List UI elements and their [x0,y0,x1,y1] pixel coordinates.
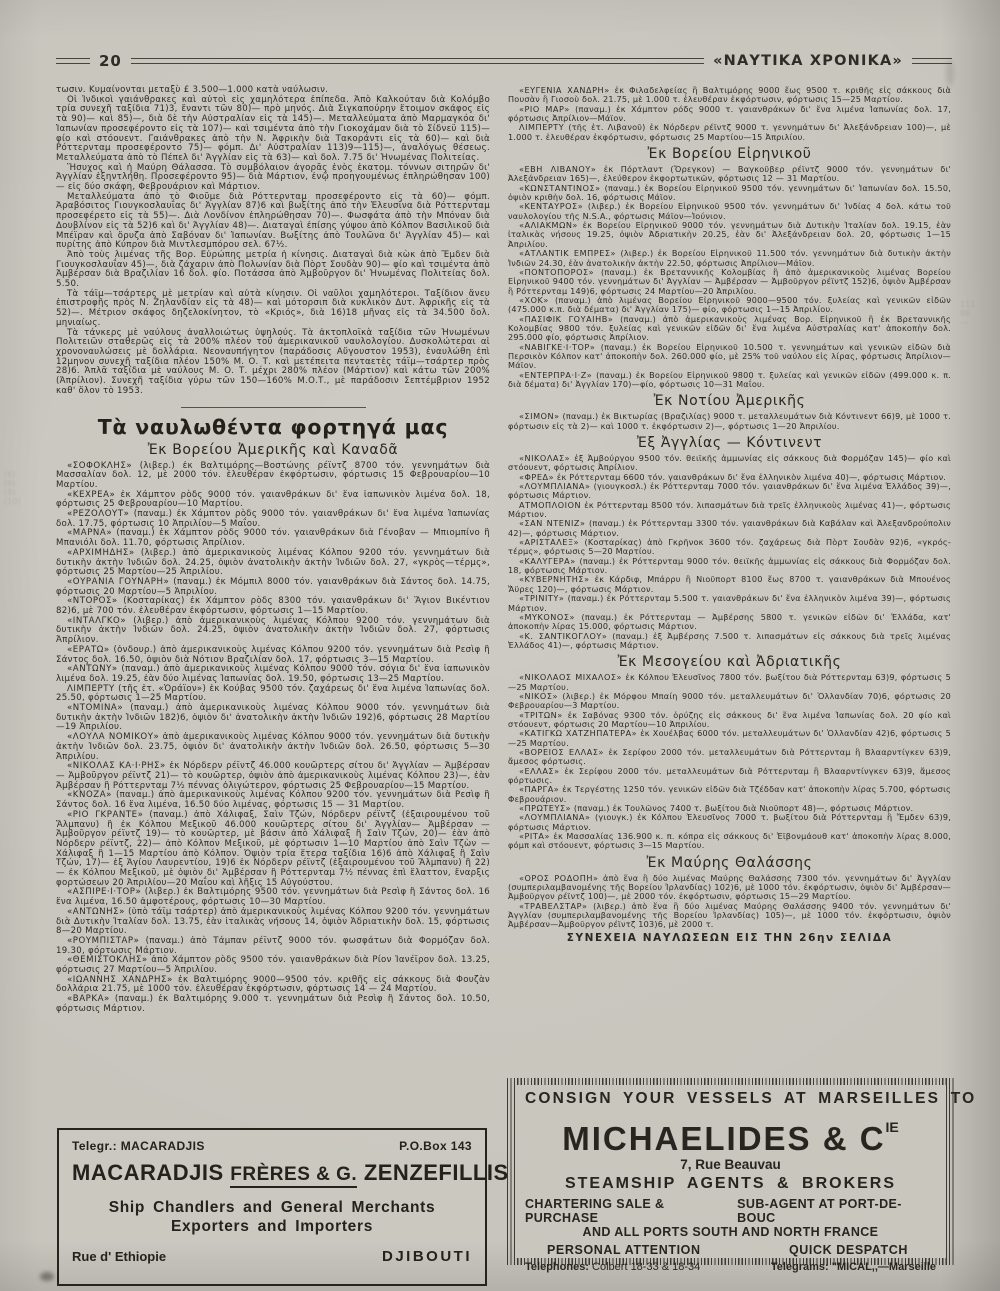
charter-entry: «ΚΕΝΤΑΥΡΟΣ» (λιβερ.) ἐκ Βορείου Εἰρηνικο… [508,202,951,221]
charter-entries-black-sea: «ΟΡΟΣ ΡΟΔΟΠΗ» ἀπὸ ἕνα ἢ δύο λιμένας Μαύρ… [508,874,951,930]
charter-entry: «Κ. ΣΑΝΤΙΚΟΓΛΟΥ» (παναμ.) ἐξ Ἀμβέρσης 7.… [508,632,951,651]
macaradjis-name-part1: MACARADJIS [72,1160,230,1185]
michaelides-telephones-value: Colbert 18-33 & 18-34 [592,1261,700,1273]
charter-entry: «ΤΡΙΝΙΤΥ» (παναμ.) ἐκ Ρόττερνταμ 5.500 τ… [508,594,951,613]
michaelides-telegrams-label: Telegrams: [771,1261,829,1273]
ship-name: «ΝΙΚΟΛΑΣ» [519,453,570,463]
ship-name: «ΒΑΡΚΑ» [67,994,110,1004]
charter-entry: «ΚΝΟΖΑ» (παναμ.) ἀπὸ ἀμερικανικοὺς λιμέν… [56,791,490,810]
charter-entries-north-america: «ΣΟΦΟΚΛΗΣ» (λιβερ.) ἐκ Βαλτιμόρης—Βοστών… [56,462,490,1015]
ship-name: «ΣΑΝ ΝΤΕΝΙΖ» [519,518,586,528]
michaelides-telegrams-value: "MICAL,,—Marseille [832,1261,936,1273]
macaradjis-name-part3: ZENZEFILLIS [357,1160,508,1185]
michaelides-telegrams: Telegrams: "MICAL,,—Marseille [771,1261,936,1273]
ship-name: «ΑΝΤΩΝΗΣ» [67,907,125,917]
ship-name: «ΕΛΛΑΣ» [519,766,560,776]
ship-name: «ΛΟΥΛΑ ΝΟΜΙΚΟΥ» [67,732,159,742]
ship-name: «ΤΡΙΝΙΤΥ» [519,593,564,603]
subsection-north-pacific: Ἐκ Βορείου Εἰρηνικοῦ [508,146,951,163]
charter-entry: «ΧΟΚ» (παναμ.) ἀπὸ λιμένας Βορείου Εἰρην… [508,296,951,315]
subsection-england-continent: Ἐξ Ἀγγλίας — Κόντινεντ [508,435,951,452]
charter-entry: «ΕΒΗ ΛΙΒΑΝΟΥ» ἐκ Πόρτλαντ (Ὄρεγκον) — Βα… [508,165,951,184]
ship-name: «ΜΥΚΟΝΟΣ» [519,612,575,622]
michaelides-tagline: CONSIGN YOUR VESSELS AT MARSEILLES TO [525,1090,936,1108]
charter-entry: «ΣΑΝ ΝΤΕΝΙΖ» (παναμ.) ἐκ Ρόττερνταμ 3300… [508,519,951,538]
charter-entry: «ΡΙΟ ΜΑΡ» (παναμ.) ἐκ Χάμπτον ρόδς 9000 … [508,105,951,124]
michaelides-personal-attention: PERSONAL ATTENTION [547,1243,701,1257]
ship-name: «ΝΤΟΡΟΣ» [67,596,118,606]
ship-name: «ΡΙΤΑ» [519,831,550,841]
ship-name: «ΑΝΤΩΝΥ» [67,664,118,674]
charter-entry: Ἥσυχος καὶ ἡ Μαύρη Θάλασσα. Τὸ συμβόλαιο… [56,164,490,193]
ship-name: «ΡΕΖΟΛΟΥΤ» [67,509,129,519]
ship-name: «ΘΕΜΙΣΤΟΚΛΗΣ» [67,955,148,965]
rule-right [912,58,952,64]
charter-entry: «ΝΙΚΟΛΑΣ ΚΑ·Ι·ΡΗΣ» ἐκ Νόρδερν ρέϊντζ 46.… [56,762,490,791]
charter-entry: «ΙΩΑΝΝΗΣ ΧΑΝΔΡΗΣ» ἐκ Βαλτιμόρης 9000—950… [56,976,490,995]
charter-entries-north-pacific: «ΕΒΗ ΛΙΒΑΝΟΥ» ἐκ Πόρτλαντ (Ὄρεγκον) — Βα… [508,165,951,389]
michaelides-name-text: MICHAELIDES & C [562,1120,885,1157]
ship-name: «ΚΕΧΡΕΑ» [67,490,115,500]
charter-entry: Τὰ τάνκερς μὲ ναύλους ἀναλλοιώτως ὑψηλού… [56,329,490,397]
michaelides-ad-inner: CONSIGN YOUR VESSELS AT MARSEILLES TO MI… [515,1085,946,1258]
ship-name: «ΕΡΑΤΩ» [67,645,110,655]
charter-entry: ΛΙΜΠΕΡΤΥ (τῆς ἑτ. «Ὁράϊον») ἐκ Κούβας 95… [56,685,490,704]
michaelides-telephones-label: Telephones: [525,1261,589,1273]
ship-name: «ΝΙΚΟΛΑΟΣ ΜΙΧΑΛΟΣ» [519,672,622,682]
ship-name: «ΑΡΙΣΤΑΛΕΞ» [519,537,579,547]
ship-name: «ΟΡΟΣ ΡΟΔΟΠΗ» [519,873,598,883]
charter-entry: «ΚΑΤΙΓΚΩ ΧΑΤΖΗΠΑΤΕΡΑ» ἐκ Χουέλβας 6000 τ… [508,729,951,748]
ship-name: «ΠΑΣΙΦΙΚ ΓΟΥΑΙΗΒ» [519,314,613,324]
michaelides-service-right: SUB-AGENT AT PORT-DE-BOUC [737,1197,936,1225]
ship-name: «ΑΣΠΙΡΕ·Ι·ΤΟΡ» [67,887,141,897]
ship-name: «ΤΡΙΤΩΝ» [519,710,563,720]
margin-ghost-marks: (6)(8)(9)(10) [4,470,44,506]
ship-name: «ΚΕΝΤΑΥΡΟΣ» [519,201,583,211]
charter-entry: ΛΙΜΠΕΡΤΥ (τῆς ἑτ. Λιβανοῦ) ἐκ Νόρδερν ρέ… [508,123,951,142]
right-column: «ΕΥΓΕΝΙΑ ΧΑΝΔΡΗ» ἐκ Φιλαδελφείας ἢ Βαλτι… [508,86,951,943]
ship-name: «ΝΑΒΙΓΚΕ·Ι·ΤΟΡ» [519,342,595,352]
subsection-south-america: Ἐκ Νοτίου Ἀμερικῆς [508,393,951,410]
charter-entry: «ΣΙΜΟΝ» (παναμ.) ἐκ Βικτωρίας (Βραζιλίας… [508,412,951,431]
michaelides-ad: CONSIGN YOUR VESSELS AT MARSEILLES TO MI… [507,1078,954,1265]
macaradjis-address-row: Rue d' Ethiopie DJIBOUTI [72,1248,472,1265]
charter-entry: «ΝΑΒΙΓΚΕ·Ι·ΤΟΡ» (παναμ.) ἐκ Βορείου Εἰρη… [508,343,951,371]
charter-entry: «ΡΙΟ ΓΚΡΑΝΤΕ» (παναμ.) ἀπὸ Χάλιφαξ, Σαὶν… [56,811,490,889]
michaelides-role: STEAMSHIP AGENTS & BROKERS [525,1175,936,1193]
intro-paragraphs: τωσιν. Κυμαίνονται μεταξὺ £ 3.500—1.000 … [56,86,490,397]
charter-entry: «ΑΝΤΩΝΥ» (παναμ.) ἀπὸ ἀμερικανικοὺς λιμέ… [56,665,490,684]
macaradjis-contact-row: Telegr.: MACARADJIS P.O.Box 143 [72,1139,472,1153]
charter-entry: «ΝΙΚΟΛΑΣ» ἐξ Ἀμβούργου 9500 τόν. θειϊκῆς… [508,454,951,473]
charter-entry: «ΙΝΤΑΛΓΚΟ» (λιβερ.) ἀπὸ ἀμερικανικοὺς λι… [56,617,490,646]
rule-middle [131,58,704,64]
ship-name: «ΚΩΝΣΤΑΝΤΙΝΟΣ» [519,183,601,193]
charter-entry: «ΤΡΙΤΩΝ» ἐκ Σαβόνας 9300 τόν. ὀρύζης εἰς… [508,711,951,730]
ship-name: «ΜΑΡΝΑ» [67,528,112,538]
charter-entry: «ΑΣΠΙΡΕ·Ι·ΤΟΡ» (λιβερ.) ἐκ Βαλτιμόρης 95… [56,888,490,907]
michaelides-services-line2: AND ALL PORTS SOUTH AND NORTH FRANCE [525,1225,936,1239]
charter-entry: Μεταλλεύματα ἀπὸ τὸ Φιοῦμε διὰ Ρόττερντα… [56,193,490,251]
macaradjis-company-name: MACARADJIS FRÈRES & G. ZENZEFILLIS [72,1160,472,1186]
charter-entry: «ΜΑΡΝΑ» (παναμ.) ἐκ Χάμπτον ρὸδς 9000 τό… [56,529,490,548]
charter-entry: «ΕΥΓΕΝΙΑ ΧΑΝΔΡΗ» ἐκ Φιλαδελφείας ἢ Βαλτι… [508,86,951,105]
page-number: 20 [99,52,122,70]
ship-name: «ΑΡΧΙΜΗΔΗΣ» [67,548,135,558]
ship-name: «ΕΒΗ ΛΙΒΑΝΟΥ» [519,164,596,174]
charter-entry: «ΡΕΖΟΛΟΥΤ» (παναμ.) ἐκ Χάμπτον ρὸδς 9000… [56,510,490,529]
section-divider-rule [181,407,366,408]
charter-entry: «ΛΟΥΜΠΛΙΑΝΑ» (γιουγκοσλ.) ἐκ Ρόττερνταμ … [508,482,951,501]
charter-entry: «ΡΙΤΑ» ἐκ Μασσαλίας 136.900 κ. π. κόπρα … [508,832,951,851]
charter-entry: «ΑΛΙΑΚΜΩΝ» ἐκ Βορείου Εἰρηνικοῦ 9000 τόν… [508,221,951,249]
charter-entry: «ΕΛΛΑΣ» ἐκ Σερίφου 2000 τόν. μεταλλευμάτ… [508,767,951,786]
charter-entry: Οἱ Ἰνδικοὶ γαιάνθρακες καὶ αὐτοὶ εἰς χαμ… [56,96,490,164]
magazine-page: 20 «ΝΑΥΤΙΚΑ ΧΡΟΝΙΚΑ» τωσιν. Κυμαίνονται … [0,0,1000,1291]
ship-name: «ΠΟΝΤΟΠΟΡΟΣ» [519,267,594,277]
ship-name: «ΚΥΒΕΡΝΗΤΗΣ» [519,574,590,584]
charter-entry: «ΛΟΥΜΠΛΙΑΝΑ» (γιουγκ.) ἐκ Κόλπου Ἐλευσῖν… [508,813,951,832]
ship-name: «ΣΟΦΟΚΛΗΣ» [67,461,132,471]
charter-entry: «ΝΙΚΟΛΑΟΣ ΜΙΧΑΛΟΣ» ἐκ Κόλπου Ἐλευσῖνος 7… [508,673,951,692]
macaradjis-pobox: P.O.Box 143 [399,1139,472,1153]
charter-entry: «ΠΑΡΓΑ» ἐκ Τεργέστης 1250 τόν. γενικῶν ε… [508,785,951,804]
michaelides-address: 7, Rue Beauvau [525,1157,936,1172]
macaradjis-ad: Telegr.: MACARADJIS P.O.Box 143 MACARADJ… [57,1128,487,1286]
charter-entry: ΑΤΜΟΠΛΟΙΟΝ ἐκ Ρόττερνταμ 8500 τόν. λιπασ… [508,501,951,520]
charter-entry: «ΚΥΒΕΡΝΗΤΗΣ» ἐκ Κάρδιφ, Μπάρρυ ἢ Νιοῦπορ… [508,575,951,594]
ship-name: «ΝΙΚΟΛΑΣ ΚΑ·Ι·ΡΗΣ» [67,761,166,771]
charter-entry: «ΡΟΥΜΠΙΣΤΑΡ» (παναμ.) ἀπὸ Τάμπαν ρέϊντζ … [56,937,490,956]
charter-entries-england-continent: «ΝΙΚΟΛΑΣ» ἐξ Ἀμβούργου 9500 τόν. θειϊκῆς… [508,454,951,650]
michaelides-telephones: Telephones: Colbert 18-33 & 18-34 [525,1261,700,1273]
ship-name: «ΙΩΑΝΝΗΣ ΧΑΝΔΡΗΣ» [67,975,173,985]
michaelides-service-left: CHARTERING SALE & PURCHASE [525,1197,737,1225]
charter-entry: «ΝΤΟΜΙΝΑ» (παναμ.) ἀπὸ ἀμερικανικοὺς λιμ… [56,704,490,733]
charter-entry: «ΝΤΟΡΟΣ» (Κοσταρίκας) ἐκ Χάμπτον ρὸδς 83… [56,597,490,616]
subsection-north-america-canada: Ἐκ Βορείου Ἀμερικῆς καὶ Καναδᾶ [56,442,490,459]
ship-name: «ΡΟΥΜΠΙΣΤΑΡ» [67,936,139,946]
charter-entry: «ΑΡΧΙΜΗΔΗΣ» (λιβερ.) ἀπὸ ἀμερικανικοὺς λ… [56,549,490,578]
charter-entry: «ΘΕΜΙΣΤΟΚΛΗΣ» ἀπὸ Χάμπτον ρὸδς 9500 τόν.… [56,956,490,975]
macaradjis-city: DJIBOUTI [382,1248,472,1265]
charter-entry: «ΒΟΡΕΙΟΣ ΕΛΛΑΣ» ἐκ Σερίφου 2000 τόν. μετ… [508,748,951,767]
ship-name: «ΟΥΡΑΝΙΑ ΓΟΥΝΑΡΗ» [67,577,169,587]
charter-entry: «ΟΥΡΑΝΙΑ ΓΟΥΝΑΡΗ» (παναμ.) ἐκ Μόμπιλ 800… [56,578,490,597]
michaelides-quick-despatch: QUICK DESPATCH [789,1243,908,1257]
ship-name: «ΤΡΑΒΕΛΣΤΑΡ» [519,901,588,911]
charter-entry: «ΑΤΛΑΝΤΙΚ ΕΜΠΡΕΣ» (λιβερ.) ἐκ Βορείου Εἰ… [508,249,951,268]
charter-entry: «ΟΡΟΣ ΡΟΔΟΠΗ» ἀπὸ ἕνα ἢ δύο λιμένας Μαύρ… [508,874,951,902]
ship-name: «Κ. ΣΑΝΤΙΚΟΓΛΟΥ» [519,631,607,641]
subsection-black-sea: Ἐκ Μαύρης Θαλάσσης [508,855,951,872]
charter-entries-south-america: «ΣΙΜΟΝ» (παναμ.) ἐκ Βικτωρίας (Βραζιλίας… [508,412,951,431]
macaradjis-business-line1: Ship Chandlers and General Merchants [72,1199,472,1217]
charter-entry: «ΠΑΣΙΦΙΚ ΓΟΥΑΙΗΒ» (παναμ.) ἀπὸ ἀμερικανι… [508,315,951,343]
ship-name: «ΡΙΟ ΓΚΡΑΝΤΕ» [67,810,143,820]
macaradjis-business-line2: Exporters and Importers [72,1218,472,1236]
charter-entry: «ΜΥΚΟΝΟΣ» (παναμ.) ἐκ Ρόττερνταμ — Ἀμβέρ… [508,613,951,632]
section-title-chartered-cargo: Τὰ ναυλωθέντα φορτηγά μας [56,415,490,439]
running-head: 20 «ΝΑΥΤΙΚΑ ΧΡΟΝΙΚΑ» [56,52,952,70]
magazine-title: «ΝΑΥΤΙΚΑ ΧΡΟΝΙΚΑ» [713,53,903,69]
macaradjis-street: Rue d' Ethiopie [72,1249,166,1264]
macaradjis-name-part2: FRÈRES & G. [230,1164,357,1188]
ship-name: ΛΙΜΠΕΡΤΥ [67,684,115,694]
charter-entry: «ΛΟΥΛΑ ΝΟΜΙΚΟΥ» ἀπὸ ἀμερικανικοὺς λιμένα… [56,733,490,762]
charter-entry: «ΒΑΡΚΑ» (παναμ.) ἐκ Βαλτιμόρης 9.000 τ. … [56,995,490,1014]
ship-name: ΛΙΜΠΕΡΤΥ [519,122,564,132]
ship-name: «ΠΑΡΓΑ» [519,784,559,794]
charter-entry: «ΑΝΤΩΝΗΣ» (ὑπὸ τάϊμ τσάρτερ) ἀπὸ ἀμερικα… [56,908,490,937]
continuation-notice: ΣΥΝΕΧΕΙΑ ΝΑΥΛΩΣΕΩΝ ΕΙΣ ΤΗΝ 26ην ΣΕΛΙΔΑ [508,934,951,943]
macaradjis-telegram-address: Telegr.: MACARADJIS [72,1139,205,1153]
ship-name: «ΙΝΤΑΛΓΚΟ» [67,616,126,626]
charter-entry: «ΝΙΚΟΣ» (λιβερ.) ἐκ Μόρφου Μπαίη 9000 τό… [508,692,951,711]
michaelides-contact-row: Telephones: Colbert 18-33 & 18-34 Telegr… [525,1261,936,1273]
ship-name: «ΚΝΟΖΑ» [67,790,112,800]
left-column: τωσιν. Κυμαίνονται μεταξὺ £ 3.500—1.000 … [56,86,490,1015]
ship-name: «ΑΤΛΑΝΤΙΚ ΕΜΠΡΕΣ» [519,248,616,258]
ship-name: «ΧΟΚ» [519,295,549,305]
charter-entry: «ΕΝΤΕΡΠΡΑ·Ι·Ζ» (παναμ.) ἐκ Βορείου Εἰρην… [508,371,951,390]
ship-name: «ΣΙΜΟΝ» [519,411,560,421]
charter-entry: «ΤΡΑΒΕΛΣΤΑΡ» (λιβερ.) ἀπὸ ἕνα ἢ δύο λιμέ… [508,902,951,930]
ship-name: «ΕΥΓΕΝΙΑ ΧΑΝΔΡΗ» [519,85,610,95]
ship-name: «ΝΙΚΟΣ» [519,691,558,701]
charter-entry: «ΚΩΝΣΤΑΝΤΙΝΟΣ» (παναμ.) ἐκ Βορείου Εἰρην… [508,184,951,203]
michaelides-company-name: MICHAELIDES & CIE [525,1110,936,1156]
charter-entry: «ΕΡΑΤΩ» (ὀνδουρ.) ἀπὸ ἀμερικανικοὺς λιμέ… [56,646,490,665]
ship-name: «ΕΝΤΕΡΠΡΑ·Ι·Ζ» [519,370,592,380]
charter-entries-top: «ΕΥΓΕΝΙΑ ΧΑΝΔΡΗ» ἐκ Φιλαδελφείας ἢ Βαλτι… [508,86,951,142]
michaelides-name-superscript: IE [886,1119,899,1135]
ship-name: ΑΤΜΟΠΛΟΙΟΝ [519,500,581,510]
subsection-mediterranean-adriatic: Ἐκ Μεσογείου καὶ Ἀδριατικῆς [508,654,951,671]
ship-name: «ΚΑΤΙΓΚΩ ΧΑΤΖΗΠΑΤΕΡΑ» [519,728,637,738]
ship-name: «ΑΛΙΑΚΜΩΝ» [519,220,578,230]
ship-name: «ΚΑΛΥΓΕΡΑ» [519,556,576,566]
corner-smudge [40,1272,54,1281]
charter-entries-mediterranean: «ΝΙΚΟΛΑΟΣ ΜΙΧΑΛΟΣ» ἐκ Κόλπου Ἐλευσῖνος 7… [508,673,951,851]
charter-entry: Ἀπὸ τοὺς λιμένας τῆς Βορ. Εὐρώπης μετρία… [56,251,490,290]
charter-entry: Τὰ τάϊμ—τσάρτερς μὲ μετρίαν καὶ αὐτὰ κίν… [56,290,490,329]
margin-ghost-marks-right: 11186— [960,300,998,327]
charter-entry: «ΠΟΝΤΟΠΟΡΟΣ» (παναμ.) ἐκ Βρεταννικῆς Κολ… [508,268,951,296]
rule-left [56,58,90,64]
ship-name: «ΡΙΟ ΜΑΡ» [519,104,570,114]
charter-entry: «ΚΑΛΥΓΕΡΑ» (παναμ.) ἐκ Ρόττερνταμ 9000 τ… [508,557,951,576]
ship-name: «ΛΟΥΜΠΛΙΑΝΑ» [519,812,590,822]
ship-name: «ΒΟΡΕΙΟΣ ΕΛΛΑΣ» [519,747,604,757]
charter-entry: «ΑΡΙΣΤΑΛΕΞ» (Κοσταρίκας) ἀπὸ Γκρῆνοκ 360… [508,538,951,557]
michaelides-attention-row: PERSONAL ATTENTION QUICK DESPATCH [525,1243,936,1257]
charter-entry: «ΚΕΧΡΕΑ» ἐκ Χάμπτον ρὸδς 9000 τόν. γαιαν… [56,491,490,510]
michaelides-services-row: CHARTERING SALE & PURCHASE SUB-AGENT AT … [525,1197,936,1225]
charter-entry: «ΣΟΦΟΚΛΗΣ» (λιβερ.) ἐκ Βαλτιμόρης—Βοστών… [56,462,490,491]
ship-name: «ΛΟΥΜΠΛΙΑΝΑ» [519,481,590,491]
ship-name: «ΝΤΟΜΙΝΑ» [67,703,123,713]
